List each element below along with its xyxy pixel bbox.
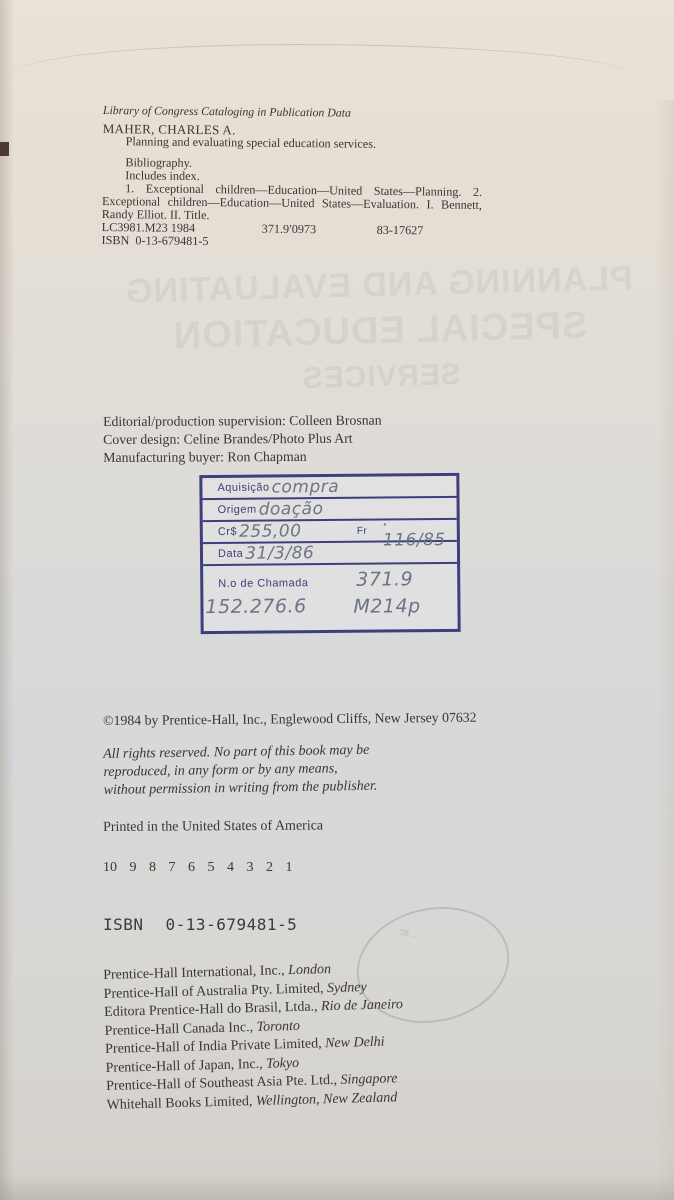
isbn-value: 0-13-679481-5 (166, 915, 298, 934)
handwritten-value: doação (259, 499, 324, 520)
stamp-row-acquisition: Aquisição compra (202, 476, 456, 500)
handwritten-accession-number: 152.276.6 (205, 595, 306, 618)
handwritten-value: 31/3/86 (245, 543, 314, 564)
office-company: Prentice-Hall International, Inc., (103, 963, 285, 983)
handwritten-cutter-number: M214p (353, 595, 420, 618)
cip-block: Library of Congress Cataloging in Public… (102, 104, 483, 251)
stamp-label: Aquisição (217, 482, 269, 494)
credit-line: Editorial/production supervision: Collee… (103, 412, 382, 431)
page-gutter-shadow (0, 0, 14, 1200)
production-credits: Editorial/production supervision: Collee… (103, 412, 382, 467)
round-stamp-text: 38 ... (398, 927, 419, 940)
handwritten-call-number: 371.9 (356, 568, 413, 590)
stamp-row-call-number: N.o de Chamada 371.9 152.276.6 M214p (203, 564, 458, 629)
office-city: Rio de Janeiro (321, 997, 403, 1014)
publisher-offices: Prentice-Hall International, Inc., Londo… (103, 959, 406, 1115)
stamp-label: Origem (218, 504, 257, 516)
office-company: Prentice-Hall Canada Inc., (104, 1020, 253, 1039)
office-city: London (288, 962, 331, 978)
isbn-label: ISBN (103, 915, 144, 934)
cip-subjects: 1. Exceptional children—Education—United… (102, 182, 482, 225)
office-company: Whitehall Books Limited, (106, 1094, 252, 1113)
library-acquisition-stamp: Aquisição compra Origem doação Cr$ 255,0… (199, 473, 460, 634)
cip-isbn: ISBN 0-13-679481-5 (102, 234, 482, 251)
office-company: Editora Prentice-Hall do Brasil, Ltda., (104, 999, 318, 1020)
printed-in-line: Printed in the United States of America (103, 818, 323, 836)
office-city: Tokyo (266, 1055, 299, 1071)
stamp-row-price: Cr$ 255,00 Fr . 116/85 (203, 520, 457, 544)
office-city: Wellington, New Zealand (256, 1090, 398, 1109)
office-city: New Delhi (325, 1035, 385, 1052)
lccn: 83-17627 (377, 224, 424, 237)
copyright-line: ©1984 by Prentice-Hall, Inc., Englewood … (103, 709, 477, 730)
show-through-line: SPECIAL EDUCATION (99, 301, 660, 362)
isbn-ocr-line: ISBN0-13-679481-5 (103, 915, 297, 934)
office-company: Prentice-Hall of Japan, Inc., (105, 1056, 262, 1075)
rights-line: without permission in writing from the p… (104, 778, 378, 800)
rights-statement: All rights reserved. No part of this boo… (103, 742, 377, 800)
page-curl-edge (10, 44, 630, 85)
office-company: Prentice-Hall of India Private Limited, (105, 1036, 322, 1057)
stamp-row-date: Data 31/3/86 (203, 542, 457, 566)
cip-heading: Library of Congress Cataloging in Public… (103, 104, 483, 121)
stamp-label: Data (218, 548, 243, 560)
show-through-text: PLANNING AND EVALUATING SPECIAL EDUCATIO… (98, 255, 661, 408)
stamp-label: Cr$ (218, 526, 237, 538)
credit-line: Cover design: Celine Brandes/Photo Plus … (103, 430, 382, 449)
stamp-label: Fr (357, 525, 368, 536)
office-city: Toronto (256, 1018, 300, 1034)
office-city: Sydney (327, 980, 367, 996)
handwritten-value: 255,00 (239, 521, 302, 542)
show-through-line: SERVICES (101, 347, 662, 408)
dewey-number: 371.9′0973 (262, 223, 377, 237)
page-bottom-shadow (0, 1174, 674, 1200)
credit-line: Manufacturing buyer: Ron Chapman (103, 448, 382, 467)
show-through-line: PLANNING AND EVALUATING (98, 255, 659, 316)
handwritten-value: compra (272, 477, 340, 498)
office-city: Singapore (340, 1071, 397, 1087)
stamp-label: N.o de Chamada (218, 577, 308, 590)
page-edge-shadow (656, 100, 674, 1200)
printing-impression-line: 10 9 8 7 6 5 4 3 2 1 (103, 860, 293, 876)
page-tab-mark (0, 142, 9, 156)
